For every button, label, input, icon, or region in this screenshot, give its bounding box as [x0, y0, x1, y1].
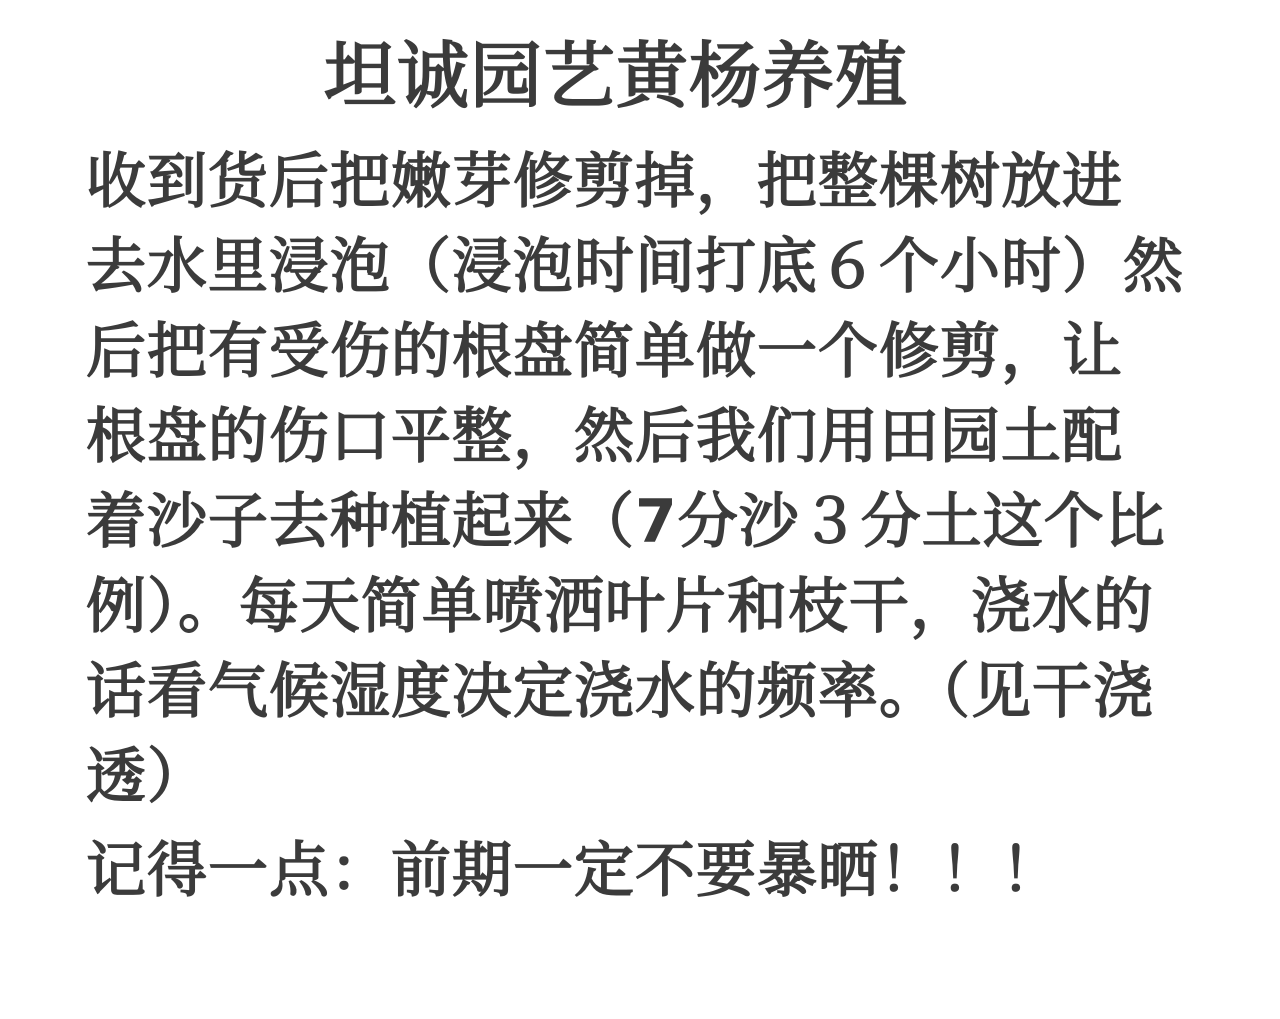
instruction-line: 收到货后把嫩芽修剪掉，把整棵树放进 — [86, 140, 1196, 225]
instruction-line: 根盘的伤口平整，然后我们用田园土配 — [86, 395, 1196, 480]
instruction-line: 话看气候湿度决定浇水的频率。（见干浇 — [86, 650, 1196, 735]
reminder-note: 记得一点：前期一定不要暴晒！！！ — [86, 826, 1062, 916]
instruction-line: 后把有受伤的根盘简单做一个修剪，让 — [86, 310, 1196, 395]
instruction-line: 去水里浸泡（浸泡时间打底６个小时）然 — [86, 225, 1196, 310]
page-title: 坦诚园艺黄杨养殖 — [0, 28, 1232, 124]
instruction-line: 透） — [86, 735, 1196, 820]
instruction-line: 例）。每天简单喷洒叶片和枝干，浇水的 — [86, 565, 1196, 650]
instructions-paragraph: 收到货后把嫩芽修剪掉，把整棵树放进 去水里浸泡（浸泡时间打底６个小时）然 后把有… — [86, 140, 1196, 820]
instruction-line: 着沙子去种植起来（7分沙３分土这个比 — [86, 480, 1196, 565]
